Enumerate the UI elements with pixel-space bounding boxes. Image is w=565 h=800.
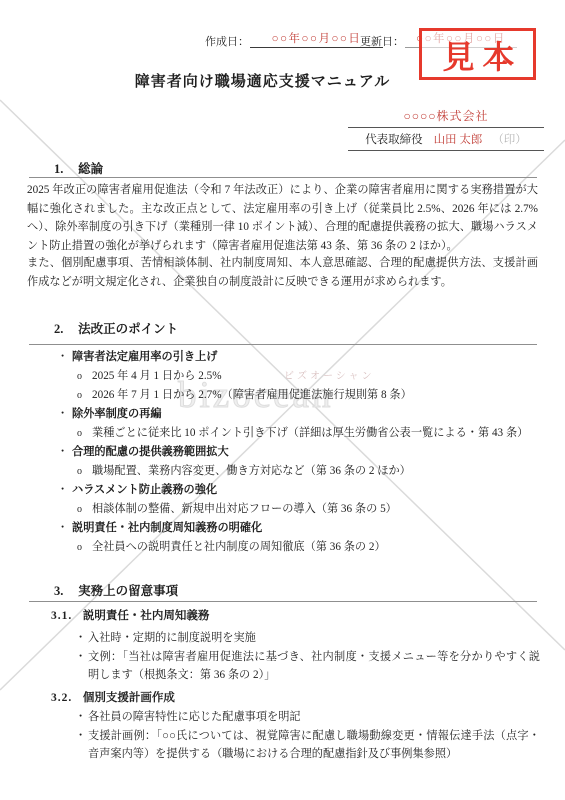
section3-2-heading: 3.2. 個別支援計画作成 <box>51 689 175 705</box>
list-item: ・ 入社時・定期的に制度説明を実施 <box>0 629 540 648</box>
section2-heading: 2. 法改正のポイント <box>54 319 178 337</box>
circle-bullet-icon: o <box>77 500 82 519</box>
list-item-label: 除外率制度の再編 <box>72 408 162 420</box>
list-subitem: o 相談体制の整備、新規申出対応フローの導入（第 36 条の 5） <box>0 500 565 519</box>
circle-bullet-icon: o <box>77 462 82 481</box>
section3-2-bullets: ・ 各社員の障害特性に応じた配慮事項を明記 ・ 支援計画例：「○○氏については、… <box>0 708 540 764</box>
list-item-label: 合理的配慮の提供義務範囲拡大 <box>72 446 229 458</box>
list-subitem: o 2025 年 4 月 1 日から 2.5% <box>0 367 565 386</box>
list-item-text: 支援計画例：「○○氏については、視覚障害に配慮し職場動線変更・情報伝達手法（点字… <box>88 730 540 761</box>
list-subitem-text: 2026 年 7 月 1 日から 2.7%（障害者雇用促進法施行規則第 8 条） <box>92 389 412 401</box>
section3-2-number: 3.2. <box>51 692 80 704</box>
section3-1-heading: 3.1. 説明責任・社内周知義務 <box>51 607 209 623</box>
list-subitem: o 職場配置、業務内容変更、働き方対応など（第 36 条の 2 ほか） <box>0 462 565 481</box>
representative-name: 山田 太郎 <box>434 134 483 146</box>
section3-heading-label: 実務上の留意事項 <box>78 584 178 598</box>
company-name: ○○○○株式会社 <box>348 107 544 128</box>
seal-placeholder: （印） <box>492 134 527 146</box>
section2-heading-label: 法改正のポイント <box>78 322 178 336</box>
company-block: ○○○○株式会社 代表取締役 山田 太郎 （印） <box>348 107 544 151</box>
section1-rule <box>29 177 537 178</box>
section3-1-bullets: ・ 入社時・定期的に制度説明を実施 ・ 文例：「当社は障害者雇用促進法に基づき、… <box>0 629 540 685</box>
list-subitem-text: 業種ごとに従来比 10 ポイント引き下げ（詳細は厚生労働省公表一覧による・第 4… <box>92 427 528 439</box>
updated-date-label: 更新日： <box>360 33 404 49</box>
section3-1-heading-label: 説明責任・社内周知義務 <box>83 610 210 622</box>
list-item: ・ ハラスメント防止義務の強化 <box>0 481 565 500</box>
section3-1-number: 3.1. <box>51 610 80 622</box>
section1-paragraph-2: また、個別配慮事項、苦情相談体制、社内制度周知、本人意思確認、合理的配慮提供方法… <box>27 254 538 291</box>
circle-bullet-icon: o <box>77 424 82 443</box>
section2-list: ・ 障害者法定雇用率の引き上げ o 2025 年 4 月 1 日から 2.5% … <box>0 348 565 557</box>
circle-bullet-icon: o <box>77 538 82 557</box>
circle-bullet-icon: o <box>77 367 82 386</box>
document-page: ビズオーシャン bizocean 作成日： ○○年○○月○○日 更新日： ○○年… <box>0 0 565 800</box>
list-item: ・ 説明責任・社内制度周知義務の明確化 <box>0 519 565 538</box>
list-item-text: 入社時・定期的に制度説明を実施 <box>88 632 256 644</box>
list-subitem: o 2026 年 7 月 1 日から 2.7%（障害者雇用促進法施行規則第 8 … <box>0 386 565 405</box>
list-subitem: o 全社員への説明責任と社内制度の周知徹底（第 36 条の 2） <box>0 538 565 557</box>
section2-rule <box>29 344 537 345</box>
list-item: ・ 合理的配慮の提供義務範囲拡大 <box>0 443 565 462</box>
bullet-icon: ・ <box>57 348 68 367</box>
list-item-text: 文例：「当社は障害者雇用促進法に基づき、社内制度・支援メニュー等を分かりやすく説… <box>88 651 540 682</box>
list-subitem-text: 2025 年 4 月 1 日から 2.5% <box>92 370 222 382</box>
circle-bullet-icon: o <box>77 386 82 405</box>
list-item-label: 障害者法定雇用率の引き上げ <box>72 351 217 363</box>
created-date-label: 作成日： <box>205 33 249 49</box>
section3-rule <box>29 601 537 602</box>
section1-paragraph-1: 2025 年改正の障害者雇用促進法（令和 7 年法改正）により、企業の障害者雇用… <box>27 181 538 255</box>
list-item-text: 各社員の障害特性に応じた配慮事項を明記 <box>88 711 301 723</box>
list-subitem-text: 相談体制の整備、新規申出対応フローの導入（第 36 条の 5） <box>92 503 397 515</box>
list-subitem-text: 全社員への説明責任と社内制度の周知徹底（第 36 条の 2） <box>92 541 386 553</box>
section3-number: 3. <box>54 584 75 599</box>
section2-number: 2. <box>54 322 75 337</box>
list-subitem: o 業種ごとに従来比 10 ポイント引き下げ（詳細は厚生労働省公表一覧による・第… <box>0 424 565 443</box>
sample-stamp: 見本 <box>419 28 536 80</box>
section1-heading: 1. 総論 <box>54 159 103 177</box>
list-item-label: 説明責任・社内制度周知義務の明確化 <box>72 522 262 534</box>
list-item: ・ 各社員の障害特性に応じた配慮事項を明記 <box>0 708 540 727</box>
section3-2-heading-label: 個別支援計画作成 <box>83 692 175 704</box>
bullet-icon: ・ <box>75 648 86 667</box>
bullet-icon: ・ <box>75 629 86 648</box>
bullet-icon: ・ <box>57 519 68 538</box>
list-item: ・ 障害者法定雇用率の引き上げ <box>0 348 565 367</box>
section3-heading: 3. 実務上の留意事項 <box>54 581 178 599</box>
list-item: ・ 支援計画例：「○○氏については、視覚障害に配慮し職場動線変更・情報伝達手法（… <box>0 727 540 764</box>
sample-stamp-text: 見本 <box>432 30 522 78</box>
bullet-icon: ・ <box>75 727 86 746</box>
bullet-icon: ・ <box>75 708 86 727</box>
bullet-icon: ・ <box>57 443 68 462</box>
list-item: ・ 除外率制度の再編 <box>0 405 565 424</box>
representative-line: 代表取締役 山田 太郎 （印） <box>348 128 544 151</box>
bullet-icon: ・ <box>57 481 68 500</box>
section1-number: 1. <box>54 162 75 177</box>
section1-heading-label: 総論 <box>78 162 103 176</box>
representative-role: 代表取締役 <box>365 134 423 146</box>
list-item-label: ハラスメント防止義務の強化 <box>72 484 217 496</box>
bullet-icon: ・ <box>57 405 68 424</box>
list-subitem-text: 職場配置、業務内容変更、働き方対応など（第 36 条の 2 ほか） <box>92 465 411 477</box>
list-item: ・ 文例：「当社は障害者雇用促進法に基づき、社内制度・支援メニュー等を分かりやす… <box>0 648 540 685</box>
